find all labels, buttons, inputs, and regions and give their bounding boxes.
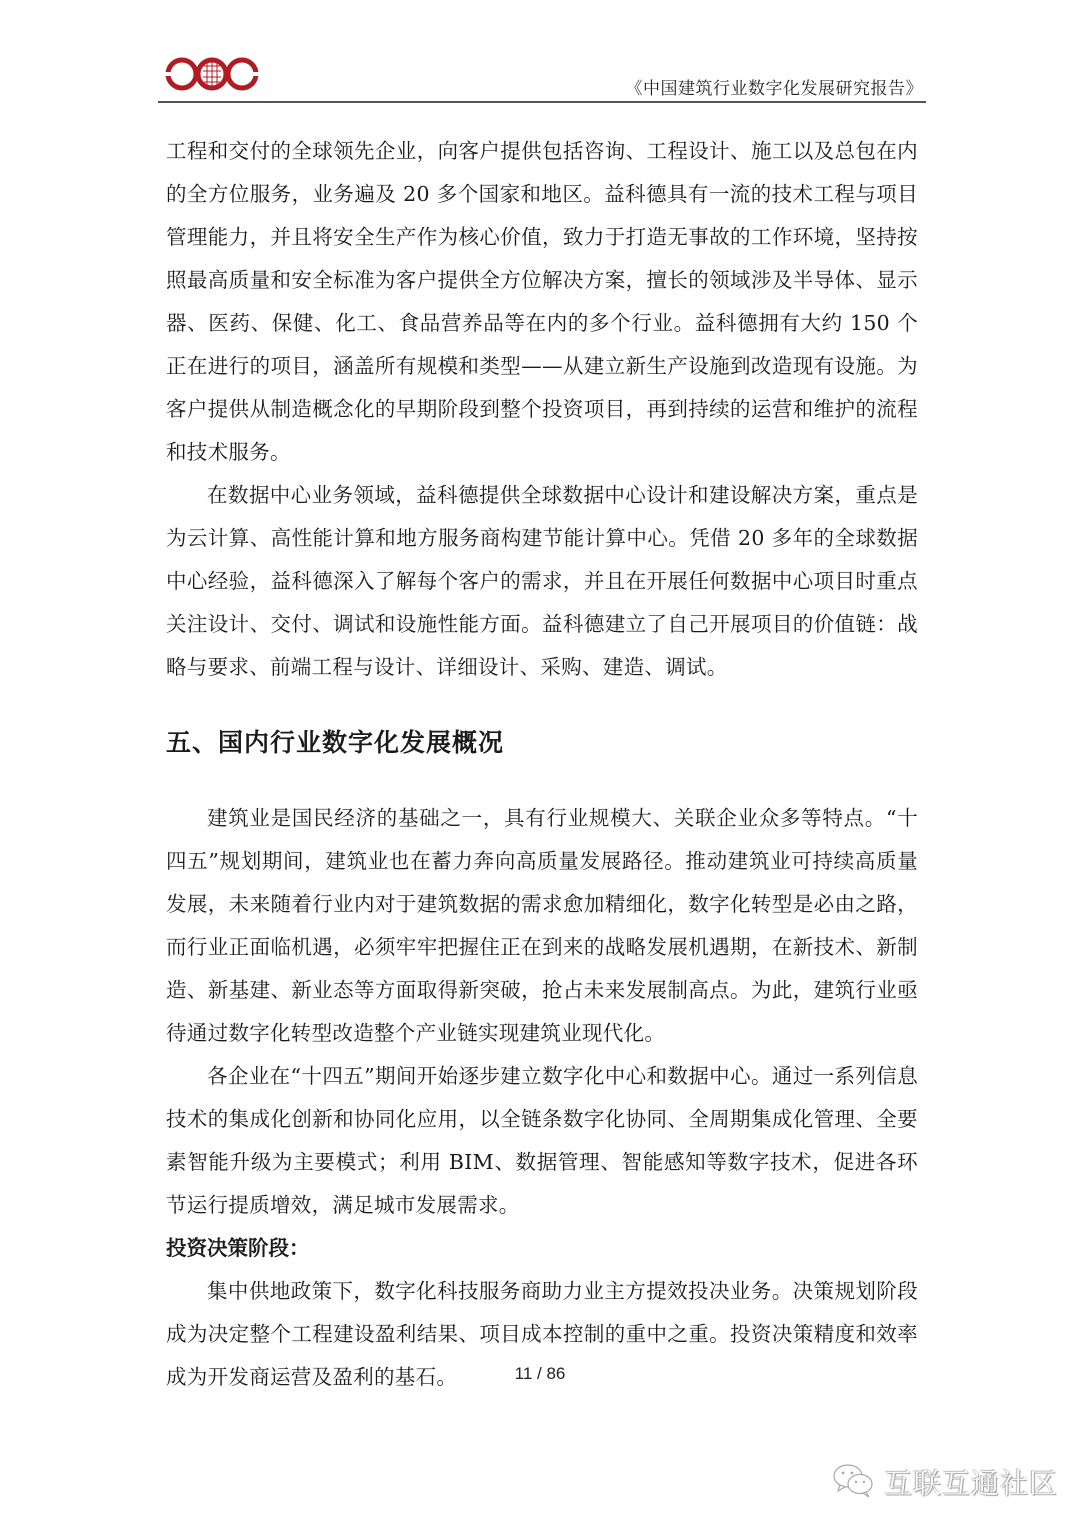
company-logo [165, 54, 260, 94]
paragraph: 各企业在“十四五”期间开始逐步建立数字化中心和数据中心。通过一系列信息技术的集成… [166, 1055, 918, 1227]
page-header: 《中国建筑行业数字化发展研究报告》 [165, 48, 923, 100]
wechat-icon [832, 1462, 876, 1502]
report-title: 《中国建筑行业数字化发展研究报告》 [626, 74, 924, 99]
section-heading: 五、国内行业数字化发展概况 [166, 723, 918, 763]
page-number: 11 / 86 [0, 1364, 1080, 1384]
paragraph: 在数据中心业务领域，益科德提供全球数据中心设计和建设解决方案，重点是为云计算、高… [166, 474, 918, 689]
paragraph: 建筑业是国民经济的基础之一，具有行业规模大、关联企业众多等特点。“十四五”规划期… [166, 797, 918, 1055]
header-divider [158, 101, 926, 103]
subheading: 投资决策阶段： [166, 1227, 918, 1270]
paragraph: 工程和交付的全球领先企业，向客户提供包括咨询、工程设计、施工以及总包在内的全方位… [166, 130, 918, 474]
watermark-text: 互联互通社区 [884, 1462, 1058, 1502]
watermark: 互联互通社区 [832, 1462, 1058, 1502]
document-body: 工程和交付的全球领先企业，向客户提供包括咨询、工程设计、施工以及总包在内的全方位… [166, 130, 918, 1399]
